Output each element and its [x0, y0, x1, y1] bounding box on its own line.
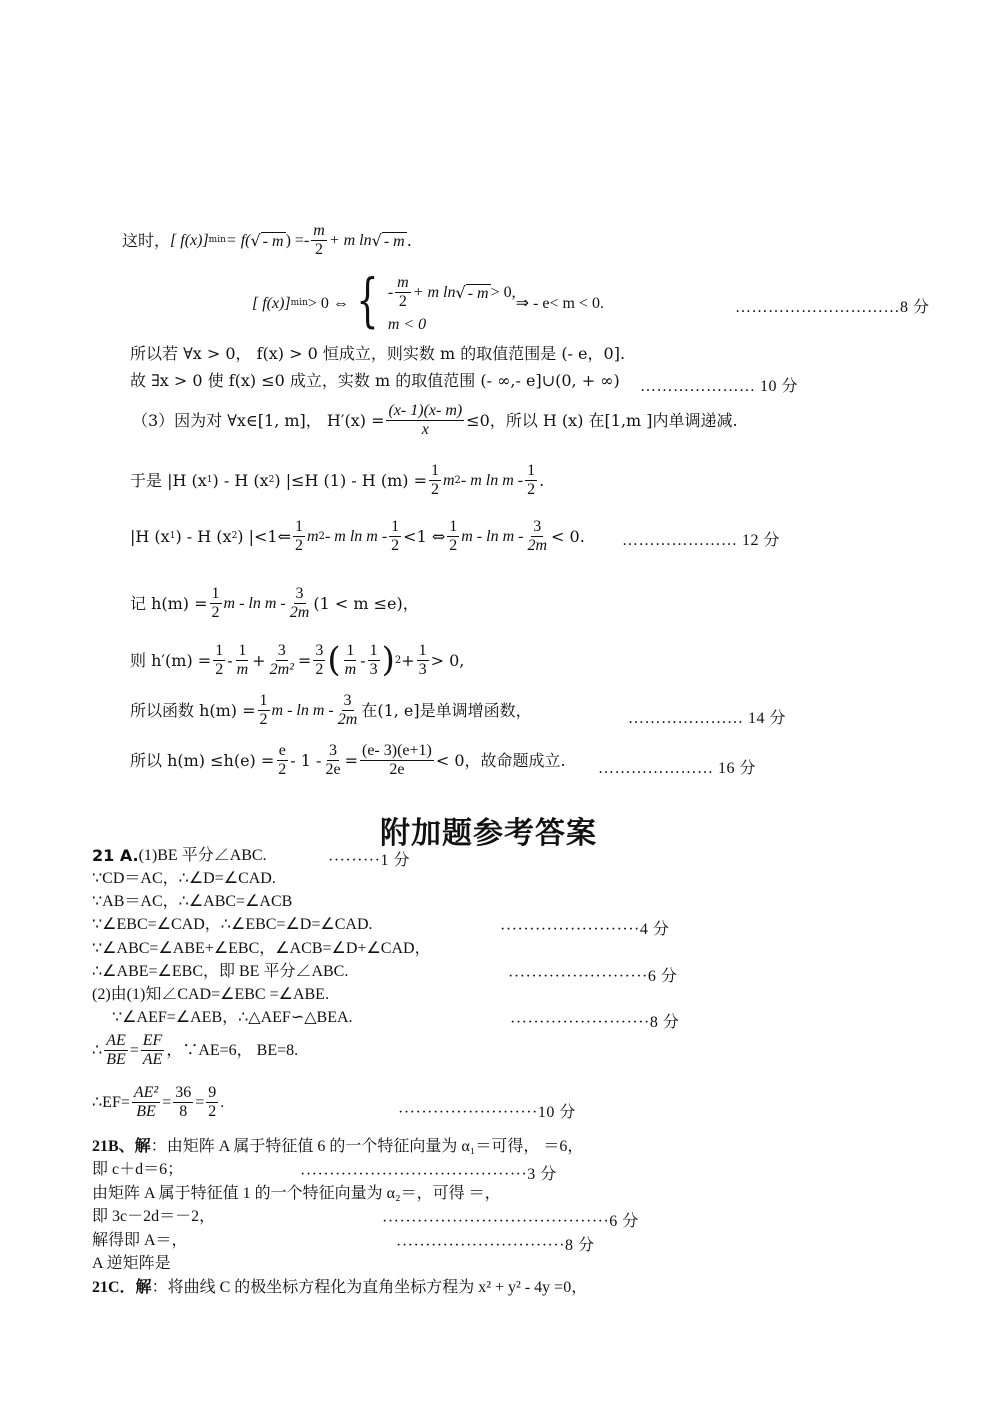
score-mark: ························8 分: [510, 1009, 679, 1032]
text: 所以若 ∀x > 0， f(x) > 0 恒成立，则实数 m 的取值范围是 (-…: [130, 345, 625, 363]
score-mark: ·········1 分: [328, 847, 410, 870]
score-mark: ·······································6…: [382, 1208, 639, 1231]
q21b-line-1: 21B、解：由矩阵 A 属于特征值 6 的一个特征向量为 α₁＝可得， ＝6，: [92, 1138, 583, 1156]
q21a-line-7: (2)由(1)知∠CAD=∠EBC =∠ABE.: [92, 986, 329, 1004]
left-brace-icon: {: [356, 274, 378, 333]
h-derivative-line: 则 h′(m) = 12 - 1m + 32m² = 32 ( 1m - 13 …: [130, 642, 464, 680]
question-label: 21C．解: [92, 1279, 152, 1297]
math: [ f(x)]: [170, 232, 209, 250]
appendix-title: 附加题参考答案: [380, 808, 597, 852]
score-mark: ………………… 14 分: [628, 705, 786, 728]
subscript: min: [291, 299, 308, 309]
condition-line: |H (x1) - H (x2) |<1⇐ 12 m2 - m ln m - 1…: [130, 518, 585, 556]
q21c-line: 21C．解：将曲线 C 的极坐标方程化为直角坐标方程为 x² + y² - 4y…: [92, 1279, 587, 1297]
exists-line: 故 ∃x > 0 使 f(x) ≤0 成立，实数 m 的取值范围 (- ∞,- …: [130, 372, 620, 390]
q21a-line-1: 21 A. (1)BE 平分∠ABC.: [92, 847, 267, 865]
min-positive-line: [ f(x)]min > 0 ⇔ { - m2 + m ln√- m > 0, …: [252, 274, 604, 333]
score-mark: ·····························8 分: [396, 1232, 595, 1255]
text: 这时，: [122, 232, 170, 250]
bound-line: 于是 |H (x1) - H (x2) |≤H (1) - H (m) = 12…: [130, 462, 544, 500]
question-label: 21B、解: [92, 1138, 151, 1156]
fraction: (x- 1)(x- m)x: [386, 402, 464, 440]
score-mark: ………………… 10 分: [640, 373, 798, 396]
math: ) =-: [286, 232, 310, 250]
fraction: m2: [311, 222, 327, 260]
conclusion-line: 所以 h(m) ≤h(e) = e2 - 1 - 32e = (e- 3)(e+…: [130, 742, 566, 780]
math: + m ln: [329, 232, 372, 250]
define-h-line: 记 h(m) = 12 m - ln m - 32m (1 < m ≤e)，: [130, 585, 419, 623]
q21b-line-2: 即 c＋d＝6；: [92, 1161, 183, 1179]
q21b-line-5: 解得即 A＝，: [92, 1232, 188, 1250]
score-mark: …………………………8 分: [735, 294, 930, 317]
q21a-ef-line: ∴EF= AE²BE = 368 = 92.: [92, 1084, 224, 1122]
score-mark: ………………… 16 分: [598, 755, 756, 778]
score-mark: ························10 分: [398, 1099, 576, 1122]
q21a-line-6: ∴∠ABE=∠EBC，即 BE 平分∠ABC.: [92, 963, 348, 981]
math: > 0 ⇔: [308, 295, 349, 313]
score-mark: ·······································3…: [300, 1161, 557, 1184]
q21b-line-3: 由矩阵 A 属于特征值 1 的一个特征向量为 α₂＝，可得 ＝，: [92, 1185, 501, 1203]
math: [ f(x)]: [252, 295, 291, 313]
radicand: - m: [382, 232, 407, 251]
score-mark: ························6 分: [508, 963, 677, 986]
text: 故 ∃x > 0 使 f(x) ≤0 成立，实数 m 的取值范围 (- ∞,- …: [130, 372, 620, 390]
period: .: [407, 232, 412, 250]
question-label: 21 A.: [92, 847, 139, 865]
text: ≤0，所以 H (x) 在[1,m ]内单调递减.: [466, 412, 737, 430]
subscript: min: [209, 236, 226, 246]
increasing-line: 所以函数 h(m) = 12 m - ln m - 32m 在(1, e]是单调…: [130, 692, 532, 730]
score-mark: ························4 分: [500, 916, 669, 939]
min-value-line: 这时， [ f(x)]min = f(√- m ) =- m2 + m ln√-…: [122, 222, 412, 260]
derivative-line: （3）因为对 ∀x∈[1, m]， H′(x) = (x- 1)(x- m)x …: [132, 402, 738, 440]
math: = f(: [226, 232, 251, 250]
q21a-line-2: ∵CD＝AC，∴∠D=∠CAD.: [92, 870, 276, 888]
text: （3）因为对 ∀x∈[1, m]， H′(x) =: [132, 412, 384, 430]
q21a-line-4: ∵∠EBC=∠CAD，∴∠EBC=∠D=∠CAD.: [92, 916, 373, 934]
range-line: 所以若 ∀x > 0， f(x) > 0 恒成立，则实数 m 的取值范围是 (-…: [130, 345, 625, 363]
q21b-line-4: 即 3c－2d＝－2，: [92, 1208, 215, 1226]
q21a-line-8: ∵∠AEF=∠AEB，∴△AEF∽△BEA.: [112, 1009, 353, 1027]
system-of-inequalities: { - m2 + m ln√- m > 0, m < 0: [349, 274, 516, 333]
math: ⇒ - e< m < 0.: [516, 295, 604, 313]
q21b-line-6: A 逆矩阵是: [92, 1255, 171, 1273]
q21a-line-3: ∵AB＝AC，∴∠ABC=∠ACB: [92, 893, 292, 911]
q21a-ratio-line: ∴ AEBE = EFAE ，∵AE=6， BE=8.: [92, 1032, 298, 1070]
q21a-line-5: ∵∠ABC=∠ABE+∠EBC，∠ACB=∠D+∠CAD，: [92, 940, 431, 958]
radicand: - m: [261, 232, 286, 251]
score-mark: ………………… 12 分: [622, 527, 780, 550]
